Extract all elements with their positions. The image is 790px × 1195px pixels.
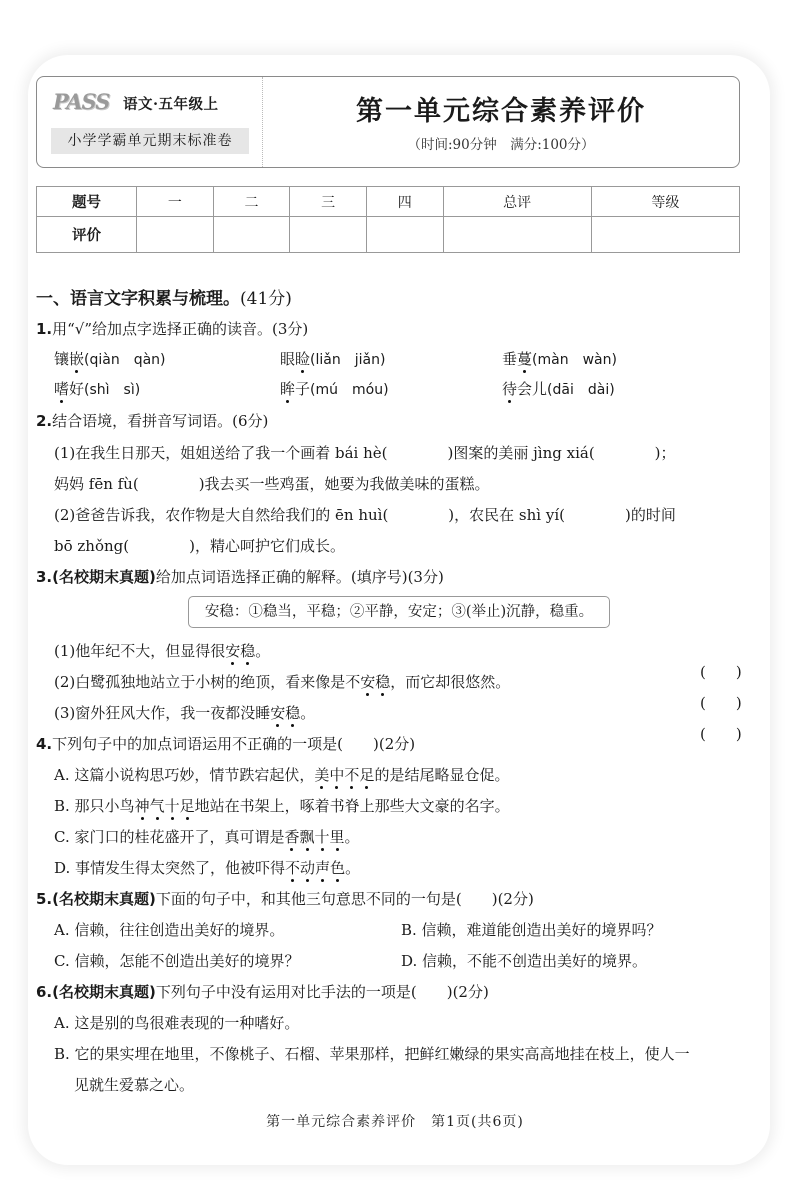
- q2-line-4[interactable]: bō zhǒng( )，精心呵护它们成长。: [54, 535, 345, 556]
- question-number: 5.: [36, 890, 52, 908]
- sentence-part: ，而它却很悠然。: [390, 673, 510, 691]
- dotted-word: 神气十足: [135, 797, 195, 815]
- pinyin-choice[interactable]: (màn wàn): [532, 352, 617, 368]
- sentence-part: (1)他年纪不大，但显得很: [54, 642, 225, 660]
- row-label-number: 题号: [37, 187, 137, 217]
- dotted-word: 不动声色: [285, 859, 345, 877]
- q3-item-3: (3)窗外狂风大作，我一夜都没睡安稳。 ( ): [54, 702, 750, 723]
- col-3: 三: [290, 187, 367, 217]
- q2-line-3[interactable]: (2)爸爸告诉我，农作物是大自然给我们的 ēn huì( )，农民在 shì y…: [54, 504, 676, 525]
- option-part: B. 那只小鸟: [54, 797, 135, 815]
- score-cell-1[interactable]: [137, 217, 214, 253]
- section-title: 一、语言文字积累与梳理。(41分): [36, 284, 292, 309]
- dotted-char: 嵌: [69, 350, 84, 368]
- score-cell-total[interactable]: [443, 217, 591, 253]
- pinyin-choice[interactable]: (qiàn qàn): [84, 352, 166, 368]
- question-number: 4.: [36, 735, 52, 753]
- col-grade: 等级: [591, 187, 739, 217]
- score-table: 题号 一 二 三 四 总评 等级 评价: [36, 186, 740, 253]
- dotted-word: 美中不足: [314, 766, 374, 784]
- dotted-char: 睑: [295, 350, 310, 368]
- word-part: 好: [69, 380, 84, 398]
- option-part: 。: [345, 828, 360, 846]
- question-number: 3.: [36, 568, 52, 586]
- subject-label: 语文·五年级上: [123, 93, 219, 114]
- question-number: 1.: [36, 320, 52, 338]
- question-text: 结合语境，看拼音写词语。(6分): [52, 412, 268, 430]
- pinyin-choice[interactable]: (dāi dài): [547, 382, 615, 398]
- option-part: 。: [345, 859, 360, 877]
- score-value-row: 评价: [37, 217, 740, 253]
- q5-option-b[interactable]: B. 信赖，难道能创造出美好的境界吗？: [401, 919, 662, 940]
- score-header-row: 题号 一 二 三 四 总评 等级: [37, 187, 740, 217]
- question-number: 6.: [36, 983, 52, 1001]
- q1-item-2: 眼睑(liǎn jiǎn): [280, 348, 385, 369]
- q4-option-b[interactable]: B. 那只小鸟神气十足地站在书架上，啄着书脊上那些大文豪的名字。: [54, 795, 510, 816]
- question-1-prompt: 1.用“√”给加点字选择正确的读音。(3分): [36, 318, 308, 339]
- sentence-part: (3)窗外狂风大作，我一夜都没睡: [54, 704, 270, 722]
- section-title-text: 一、语言文字积累与梳理。: [36, 289, 240, 309]
- word-part: 会儿: [517, 380, 547, 398]
- q6-option-a[interactable]: A. 这是别的鸟很难表现的一种嗜好。: [54, 1012, 299, 1033]
- option-part: 的是结尾略显仓促。: [374, 766, 509, 784]
- pinyin-choice[interactable]: (shì sì): [84, 382, 140, 398]
- question-text: 下列句子中的加点词语运用不正确的一项是( )(2分): [52, 735, 415, 753]
- col-total: 总评: [443, 187, 591, 217]
- exam-header: PASS 语文·五年级上 小学学霸单元期末标准卷 第一单元综合素养评价 （时间:…: [36, 76, 740, 168]
- q5-option-d[interactable]: D. 信赖，不能不创造出美好的境界。: [401, 950, 647, 971]
- source-tag: (名校期末真题): [52, 983, 156, 1001]
- question-text: 下列句子中没有运用对比手法的一项是( )(2分): [156, 983, 489, 1001]
- question-text: 用“√”给加点字选择正确的读音。(3分): [52, 320, 308, 338]
- page-footer: 第一单元综合素养评价 第1页(共6页): [0, 1111, 790, 1131]
- definition-box: 安稳：①稳当，平稳；②平静，安定；③(举止)沉静，稳重。: [188, 596, 610, 628]
- pass-logo: PASS: [53, 89, 109, 114]
- page-title: 第一单元综合素养评价: [263, 89, 739, 128]
- q5-option-c[interactable]: C. 信赖，怎能不创造出美好的境界？: [54, 950, 299, 971]
- sentence-part: 。: [255, 642, 270, 660]
- word-part: 子: [295, 380, 310, 398]
- option-part: C. 家门口的桂花盛开了，真可谓是: [54, 828, 284, 846]
- q1-item-3: 垂蔓(màn wàn): [502, 348, 617, 369]
- question-6-prompt: 6.(名校期末真题)下列句子中没有运用对比手法的一项是( )(2分): [36, 981, 489, 1002]
- col-1: 一: [137, 187, 214, 217]
- col-2: 二: [213, 187, 290, 217]
- section-points: (41分): [240, 289, 292, 309]
- exam-meta: （时间:90分钟 满分:100分）: [263, 133, 739, 153]
- option-part: A. 这篇小说构思巧妙，情节跌宕起伏，: [54, 766, 314, 784]
- word-part: 垂: [502, 350, 517, 368]
- sentence-part: 。: [300, 704, 315, 722]
- dotted-char: 眸: [280, 380, 295, 398]
- score-cell-2[interactable]: [213, 217, 290, 253]
- word-part: 镶: [54, 350, 69, 368]
- dotted-word: 安稳: [225, 642, 255, 660]
- question-2-prompt: 2.结合语境，看拼音写词语。(6分): [36, 410, 268, 431]
- option-part: 地站在书架上，啄着书脊上那些大文豪的名字。: [195, 797, 510, 815]
- question-4-prompt: 4.下列句子中的加点词语运用不正确的一项是( )(2分): [36, 733, 415, 754]
- score-cell-3[interactable]: [290, 217, 367, 253]
- dotted-char: 嗜: [54, 380, 69, 398]
- question-3-prompt: 3.(名校期末真题)给加点词语选择正确的解释。(填序号)(3分): [36, 566, 444, 587]
- option-part: D. 事情发生得太突然了，他被吓得: [54, 859, 285, 877]
- q2-line-2[interactable]: 妈妈 fēn fù( )我去买一些鸡蛋，她要为我做美味的蛋糕。: [54, 473, 490, 494]
- dotted-word: 香飘十里: [284, 828, 344, 846]
- q1-item-4: 嗜好(shì sì): [54, 378, 140, 399]
- q6-option-b-cont: 见就生爱慕之心。: [74, 1074, 194, 1095]
- header-brand-panel: PASS 语文·五年级上 小学学霸单元期末标准卷: [37, 77, 263, 167]
- q6-option-b[interactable]: B. 它的果实埋在地里，不像桃子、石榴、苹果那样，把鲜红嫩绿的果实高高地挂在枝上…: [54, 1043, 690, 1064]
- dotted-word: 安稳: [360, 673, 390, 691]
- q1-item-1: 镶嵌(qiàn qàn): [54, 348, 166, 369]
- q2-line-1[interactable]: (1)在我生日那天，姐姐送给了我一个画着 bái hè( )图案的美丽 jìng…: [54, 442, 676, 463]
- dotted-char: 蔓: [517, 350, 532, 368]
- score-cell-4[interactable]: [366, 217, 443, 253]
- q5-option-a[interactable]: A. 信赖，往往创造出美好的境界。: [54, 919, 284, 940]
- q4-option-d[interactable]: D. 事情发生得太突然了，他被吓得不动声色。: [54, 857, 360, 878]
- source-tag: (名校期末真题): [52, 890, 156, 908]
- q3-item-1: (1)他年纪不大，但显得很安稳。 ( ): [54, 640, 750, 661]
- score-cell-grade[interactable]: [591, 217, 739, 253]
- pinyin-choice[interactable]: (mú móu): [310, 382, 389, 398]
- question-text: 下面的句子中，和其他三句意思不同的一句是( )(2分): [156, 890, 534, 908]
- col-4: 四: [366, 187, 443, 217]
- question-number: 2.: [36, 412, 52, 430]
- row-label-eval: 评价: [37, 217, 137, 253]
- dotted-word: 安稳: [270, 704, 300, 722]
- q1-item-5: 眸子(mú móu): [280, 378, 389, 399]
- word-part: 眼: [280, 350, 295, 368]
- q4-option-a[interactable]: A. 这篇小说构思巧妙，情节跌宕起伏，美中不足的是结尾略显仓促。: [54, 764, 509, 785]
- q4-option-c[interactable]: C. 家门口的桂花盛开了，真可谓是香飘十里。: [54, 826, 360, 847]
- question-5-prompt: 5.(名校期末真题)下面的句子中，和其他三句意思不同的一句是( )(2分): [36, 888, 534, 909]
- series-label: 小学学霸单元期末标准卷: [51, 128, 249, 154]
- dotted-char: 待: [502, 380, 517, 398]
- question-text: 给加点词语选择正确的解释。(填序号)(3分): [156, 568, 444, 586]
- answer-blank[interactable]: ( ): [700, 723, 750, 744]
- source-tag: (名校期末真题): [52, 568, 156, 586]
- pinyin-choice[interactable]: (liǎn jiǎn): [310, 352, 385, 368]
- sentence-part: (2)白鹭孤独地站立于小树的绝顶，看来像是不: [54, 673, 360, 691]
- q3-item-2: (2)白鹭孤独地站立于小树的绝顶，看来像是不安稳，而它却很悠然。 ( ): [54, 671, 750, 692]
- q1-item-6: 待会儿(dāi dài): [502, 378, 615, 399]
